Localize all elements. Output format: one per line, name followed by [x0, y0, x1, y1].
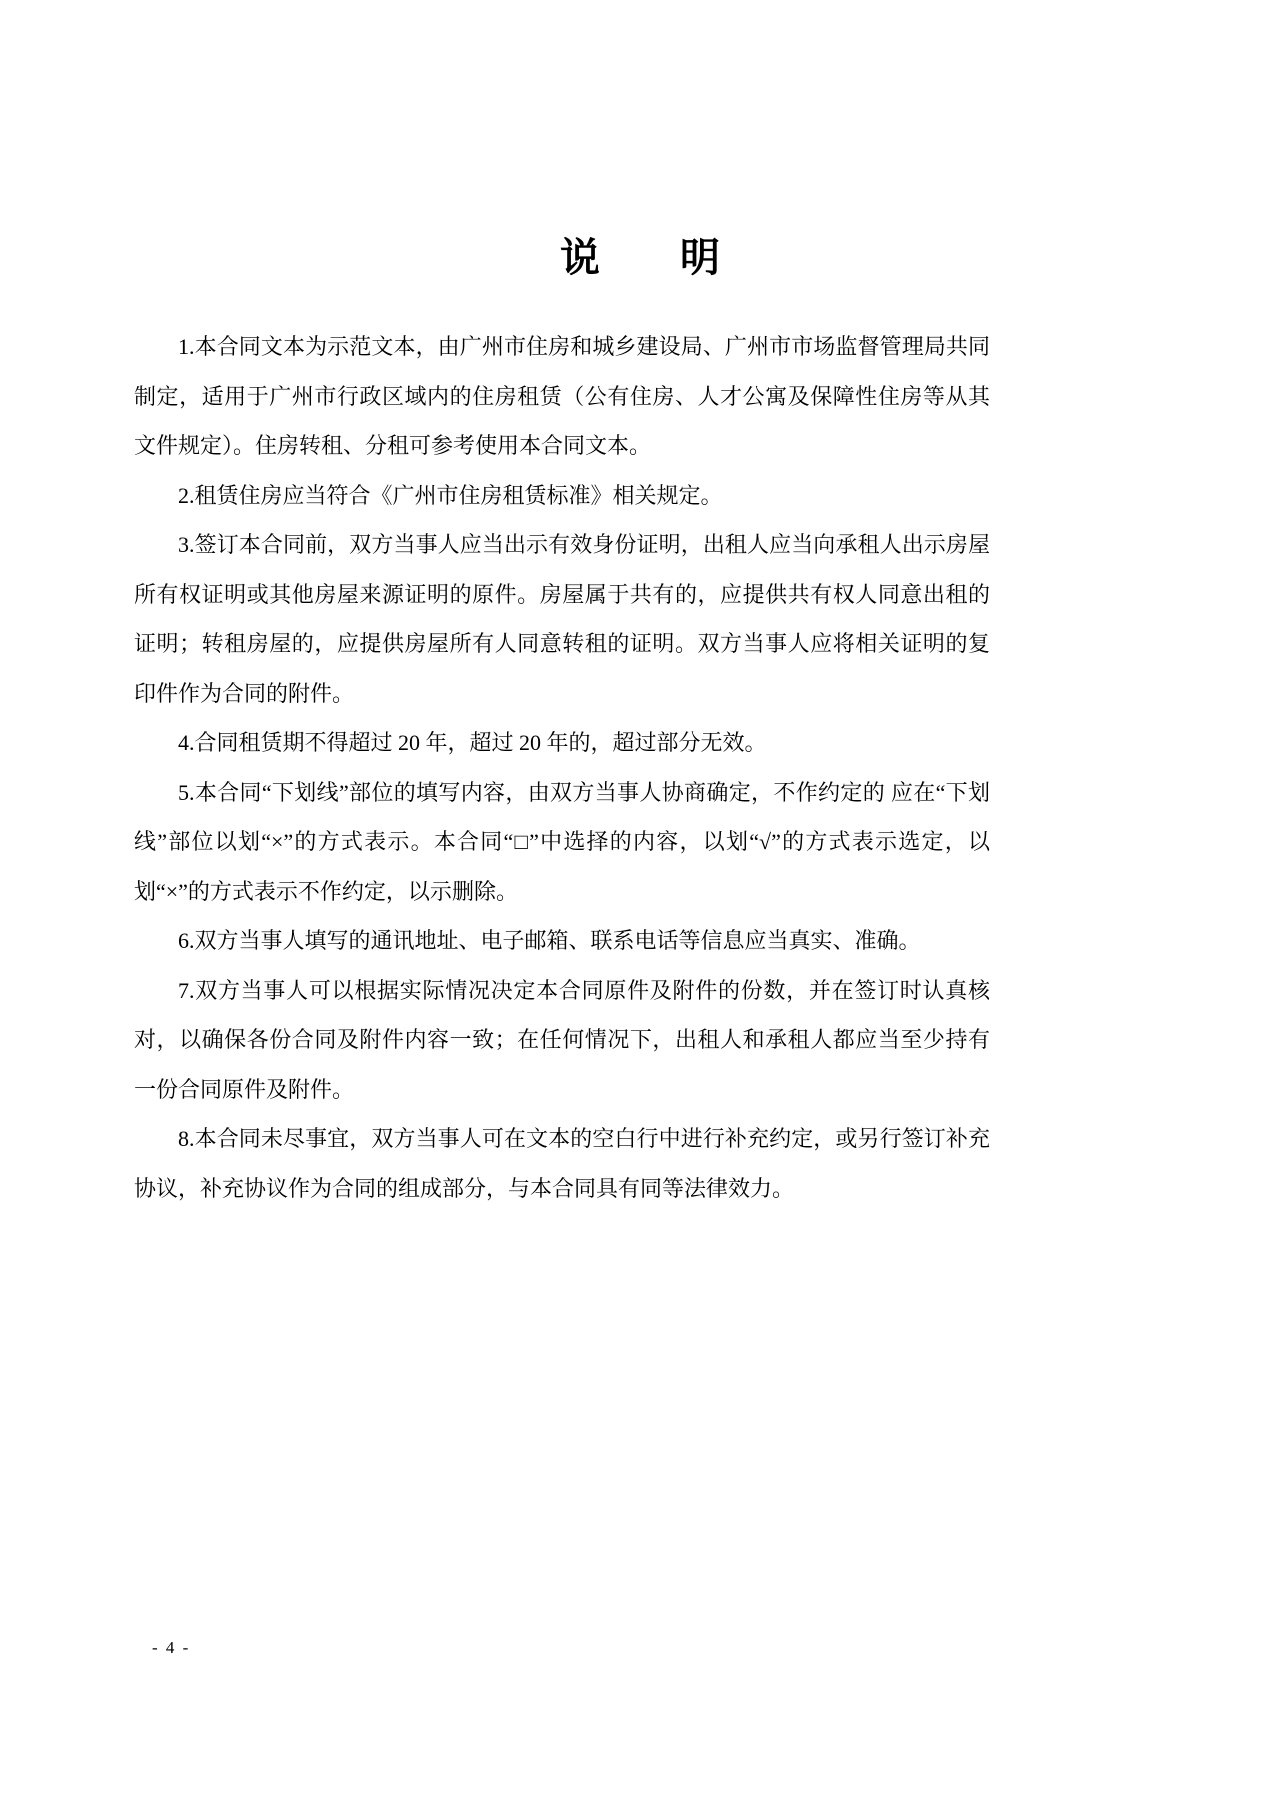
paragraph-5: 5.本合同“下划线”部位的填写内容，由双方当事人协商确定，不作约定的 应在“下划… — [134, 768, 990, 917]
paragraph-6: 6.双方当事人填写的通讯地址、电子邮箱、联系电话等信息应当真实、准确。 — [134, 916, 990, 966]
paragraph-4: 4.合同租赁期不得超过 20 年，超过 20 年的，超过部分无效。 — [134, 718, 990, 768]
page-number: - 4 - — [152, 1638, 190, 1658]
paragraph-7: 7.双方当事人可以根据实际情况决定本合同原件及附件的份数，并在签订时认真核对，以… — [134, 966, 990, 1115]
paragraph-3: 3.签订本合同前，双方当事人应当出示有效身份证明，出租人应当向承租人出示房屋所有… — [134, 520, 990, 718]
paragraph-8: 8.本合同未尽事宜，双方当事人可在文本的空白行中进行补充约定，或另行签订补充协议… — [134, 1114, 990, 1213]
contract-notes-page: 说 明 1.本合同文本为示范文本，由广州市住房和城乡建设局、广州市市场监督管理局… — [0, 0, 1280, 1810]
paragraph-2: 2.租赁住房应当符合《广州市住房租赁标准》相关规定。 — [134, 471, 990, 521]
paragraph-1: 1.本合同文本为示范文本，由广州市住房和城乡建设局、广州市市场监督管理局共同制定… — [134, 322, 990, 471]
page-title: 说 明 — [0, 226, 1280, 283]
notes-body: 1.本合同文本为示范文本，由广州市住房和城乡建设局、广州市市场监督管理局共同制定… — [134, 322, 990, 1213]
